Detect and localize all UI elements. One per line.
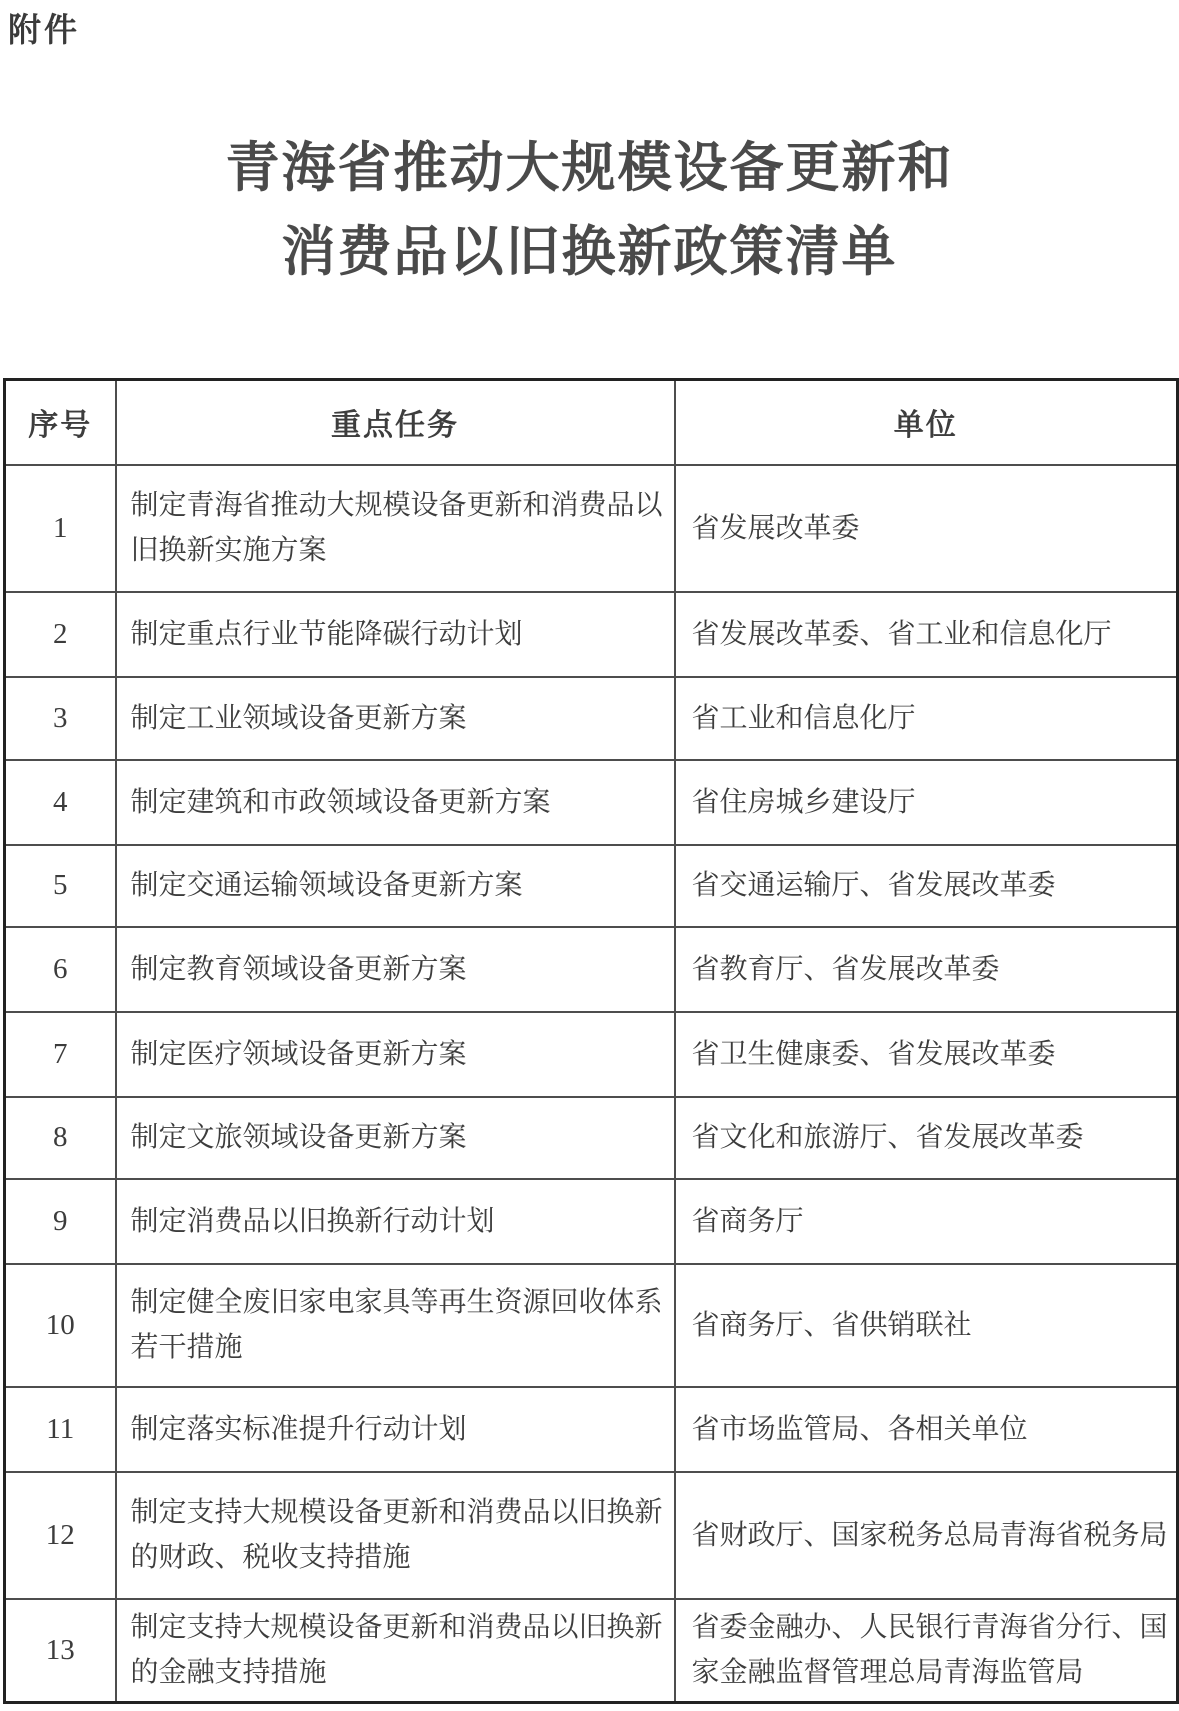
cell-task: 制定消费品以旧换新行动计划 xyxy=(116,1179,675,1264)
cell-task: 制定健全废旧家电家具等再生资源回收体系若干措施 xyxy=(116,1264,675,1387)
cell-task: 制定医疗领域设备更新方案 xyxy=(116,1012,675,1097)
column-header-unit: 单位 xyxy=(675,380,1178,465)
cell-row-number: 3 xyxy=(5,677,116,760)
cell-row-number: 2 xyxy=(5,592,116,677)
document-title-line2: 消费品以旧换新政策清单 xyxy=(0,210,1179,294)
cell-row-number: 6 xyxy=(5,927,116,1012)
attachment-label: 附件 xyxy=(8,4,80,51)
table-row: 9制定消费品以旧换新行动计划省商务厅 xyxy=(5,1179,1178,1264)
cell-unit: 省卫生健康委、省发展改革委 xyxy=(675,1012,1178,1097)
table-row: 10制定健全废旧家电家具等再生资源回收体系若干措施省商务厅、省供销联社 xyxy=(5,1264,1178,1387)
column-header-number: 序号 xyxy=(5,380,116,465)
document-page: 附件 青海省推动大规模设备更新和 消费品以旧换新政策清单 序号 重点任务 单位 … xyxy=(0,0,1179,1711)
cell-unit: 省交通运输厅、省发展改革委 xyxy=(675,845,1178,927)
cell-task: 制定交通运输领域设备更新方案 xyxy=(116,845,675,927)
cell-task: 制定青海省推动大规模设备更新和消费品以旧换新实施方案 xyxy=(116,465,675,592)
table-row: 5制定交通运输领域设备更新方案省交通运输厅、省发展改革委 xyxy=(5,845,1178,927)
cell-row-number: 13 xyxy=(5,1599,116,1703)
cell-task: 制定落实标准提升行动计划 xyxy=(116,1387,675,1472)
cell-row-number: 5 xyxy=(5,845,116,927)
cell-unit: 省文化和旅游厅、省发展改革委 xyxy=(675,1097,1178,1179)
document-title: 青海省推动大规模设备更新和 消费品以旧换新政策清单 xyxy=(0,126,1179,294)
table-row: 8制定文旅领域设备更新方案省文化和旅游厅、省发展改革委 xyxy=(5,1097,1178,1179)
cell-row-number: 4 xyxy=(5,760,116,845)
table-row: 6制定教育领域设备更新方案省教育厅、省发展改革委 xyxy=(5,927,1178,1012)
cell-row-number: 11 xyxy=(5,1387,116,1472)
cell-task: 制定支持大规模设备更新和消费品以旧换新的财政、税收支持措施 xyxy=(116,1472,675,1599)
cell-task: 制定重点行业节能降碳行动计划 xyxy=(116,592,675,677)
table-row: 1制定青海省推动大规模设备更新和消费品以旧换新实施方案省发展改革委 xyxy=(5,465,1178,592)
cell-task: 制定工业领域设备更新方案 xyxy=(116,677,675,760)
cell-unit: 省商务厅、省供销联社 xyxy=(675,1264,1178,1387)
cell-row-number: 7 xyxy=(5,1012,116,1097)
table-header-row: 序号 重点任务 单位 xyxy=(5,380,1178,465)
cell-unit: 省财政厅、国家税务总局青海省税务局 xyxy=(675,1472,1178,1599)
cell-task: 制定教育领域设备更新方案 xyxy=(116,927,675,1012)
cell-unit: 省发展改革委 xyxy=(675,465,1178,592)
table-row: 2制定重点行业节能降碳行动计划省发展改革委、省工业和信息化厅 xyxy=(5,592,1178,677)
policy-table: 序号 重点任务 单位 1制定青海省推动大规模设备更新和消费品以旧换新实施方案省发… xyxy=(3,378,1179,1704)
cell-unit: 省市场监管局、各相关单位 xyxy=(675,1387,1178,1472)
table-row: 11制定落实标准提升行动计划省市场监管局、各相关单位 xyxy=(5,1387,1178,1472)
column-header-task: 重点任务 xyxy=(116,380,675,465)
cell-row-number: 1 xyxy=(5,465,116,592)
table-row: 13制定支持大规模设备更新和消费品以旧换新的金融支持措施省委金融办、人民银行青海… xyxy=(5,1599,1178,1703)
cell-unit: 省住房城乡建设厅 xyxy=(675,760,1178,845)
cell-unit: 省工业和信息化厅 xyxy=(675,677,1178,760)
cell-row-number: 10 xyxy=(5,1264,116,1387)
cell-row-number: 9 xyxy=(5,1179,116,1264)
cell-row-number: 12 xyxy=(5,1472,116,1599)
cell-task: 制定文旅领域设备更新方案 xyxy=(116,1097,675,1179)
cell-unit: 省委金融办、人民银行青海省分行、国家金融监督管理总局青海监管局 xyxy=(675,1599,1178,1703)
document-title-line1: 青海省推动大规模设备更新和 xyxy=(0,126,1179,210)
cell-task: 制定支持大规模设备更新和消费品以旧换新的金融支持措施 xyxy=(116,1599,675,1703)
cell-unit: 省教育厅、省发展改革委 xyxy=(675,927,1178,1012)
cell-task: 制定建筑和市政领域设备更新方案 xyxy=(116,760,675,845)
cell-row-number: 8 xyxy=(5,1097,116,1179)
table-row: 3制定工业领域设备更新方案省工业和信息化厅 xyxy=(5,677,1178,760)
table-row: 7制定医疗领域设备更新方案省卫生健康委、省发展改革委 xyxy=(5,1012,1178,1097)
table-row: 4制定建筑和市政领域设备更新方案省住房城乡建设厅 xyxy=(5,760,1178,845)
table-row: 12制定支持大规模设备更新和消费品以旧换新的财政、税收支持措施省财政厅、国家税务… xyxy=(5,1472,1178,1599)
cell-unit: 省商务厅 xyxy=(675,1179,1178,1264)
cell-unit: 省发展改革委、省工业和信息化厅 xyxy=(675,592,1178,677)
